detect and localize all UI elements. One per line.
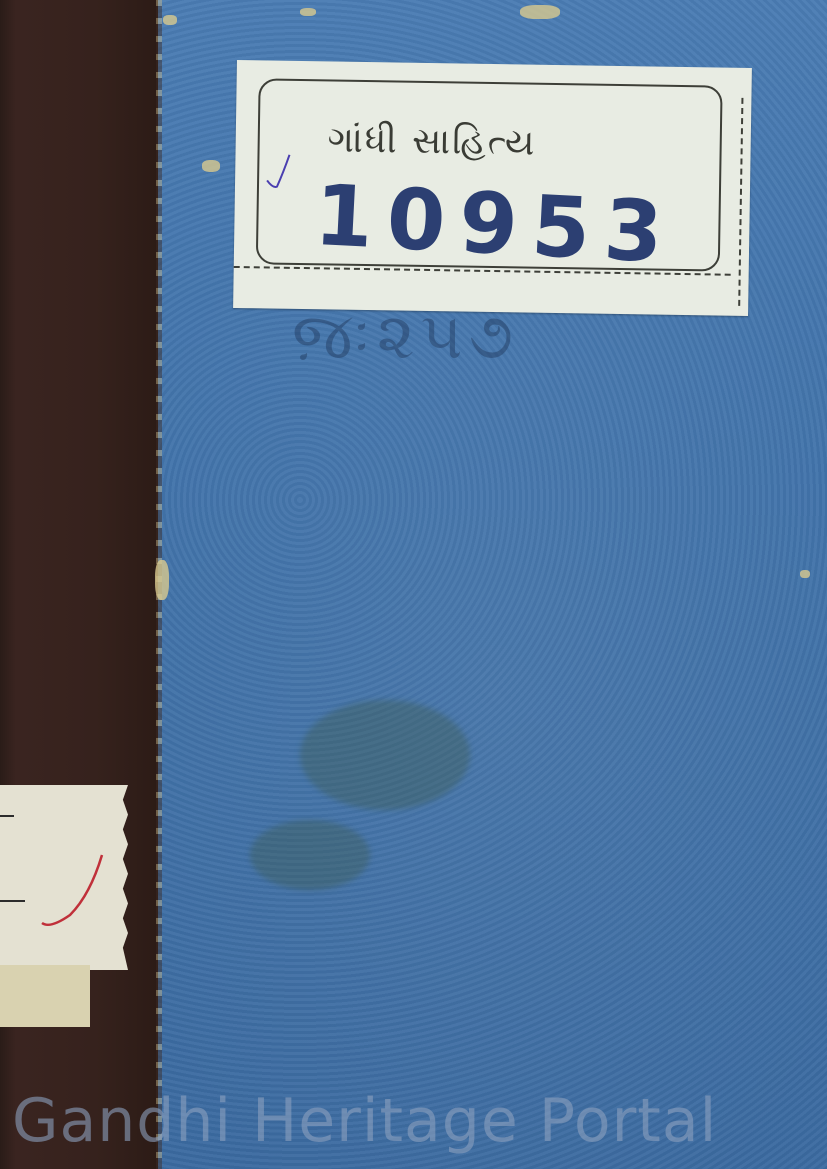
stain — [300, 700, 470, 810]
label-dashed-line — [738, 98, 743, 306]
catalog-label: ગાંધી સાહિત્ય 10953 — [233, 60, 752, 316]
label-title: ગાંધી સાહિત્ય — [327, 119, 536, 164]
spine-label-lower — [0, 965, 90, 1027]
label-line — [0, 815, 14, 817]
spine-label — [0, 785, 128, 970]
speck — [202, 160, 220, 172]
stain — [250, 820, 370, 890]
speck — [300, 8, 316, 16]
red-check-mark-icon — [40, 845, 110, 935]
accession-number: 10953 — [313, 173, 679, 275]
watermark: Gandhi Heritage Portal — [12, 1086, 717, 1156]
speck — [520, 5, 560, 19]
check-mark-icon — [265, 152, 292, 192]
speck — [155, 560, 169, 600]
speck — [800, 570, 810, 578]
faded-stamp: જ઼ઃ૨૫૭ — [292, 300, 519, 374]
speck — [163, 15, 177, 25]
label-line — [0, 900, 25, 902]
